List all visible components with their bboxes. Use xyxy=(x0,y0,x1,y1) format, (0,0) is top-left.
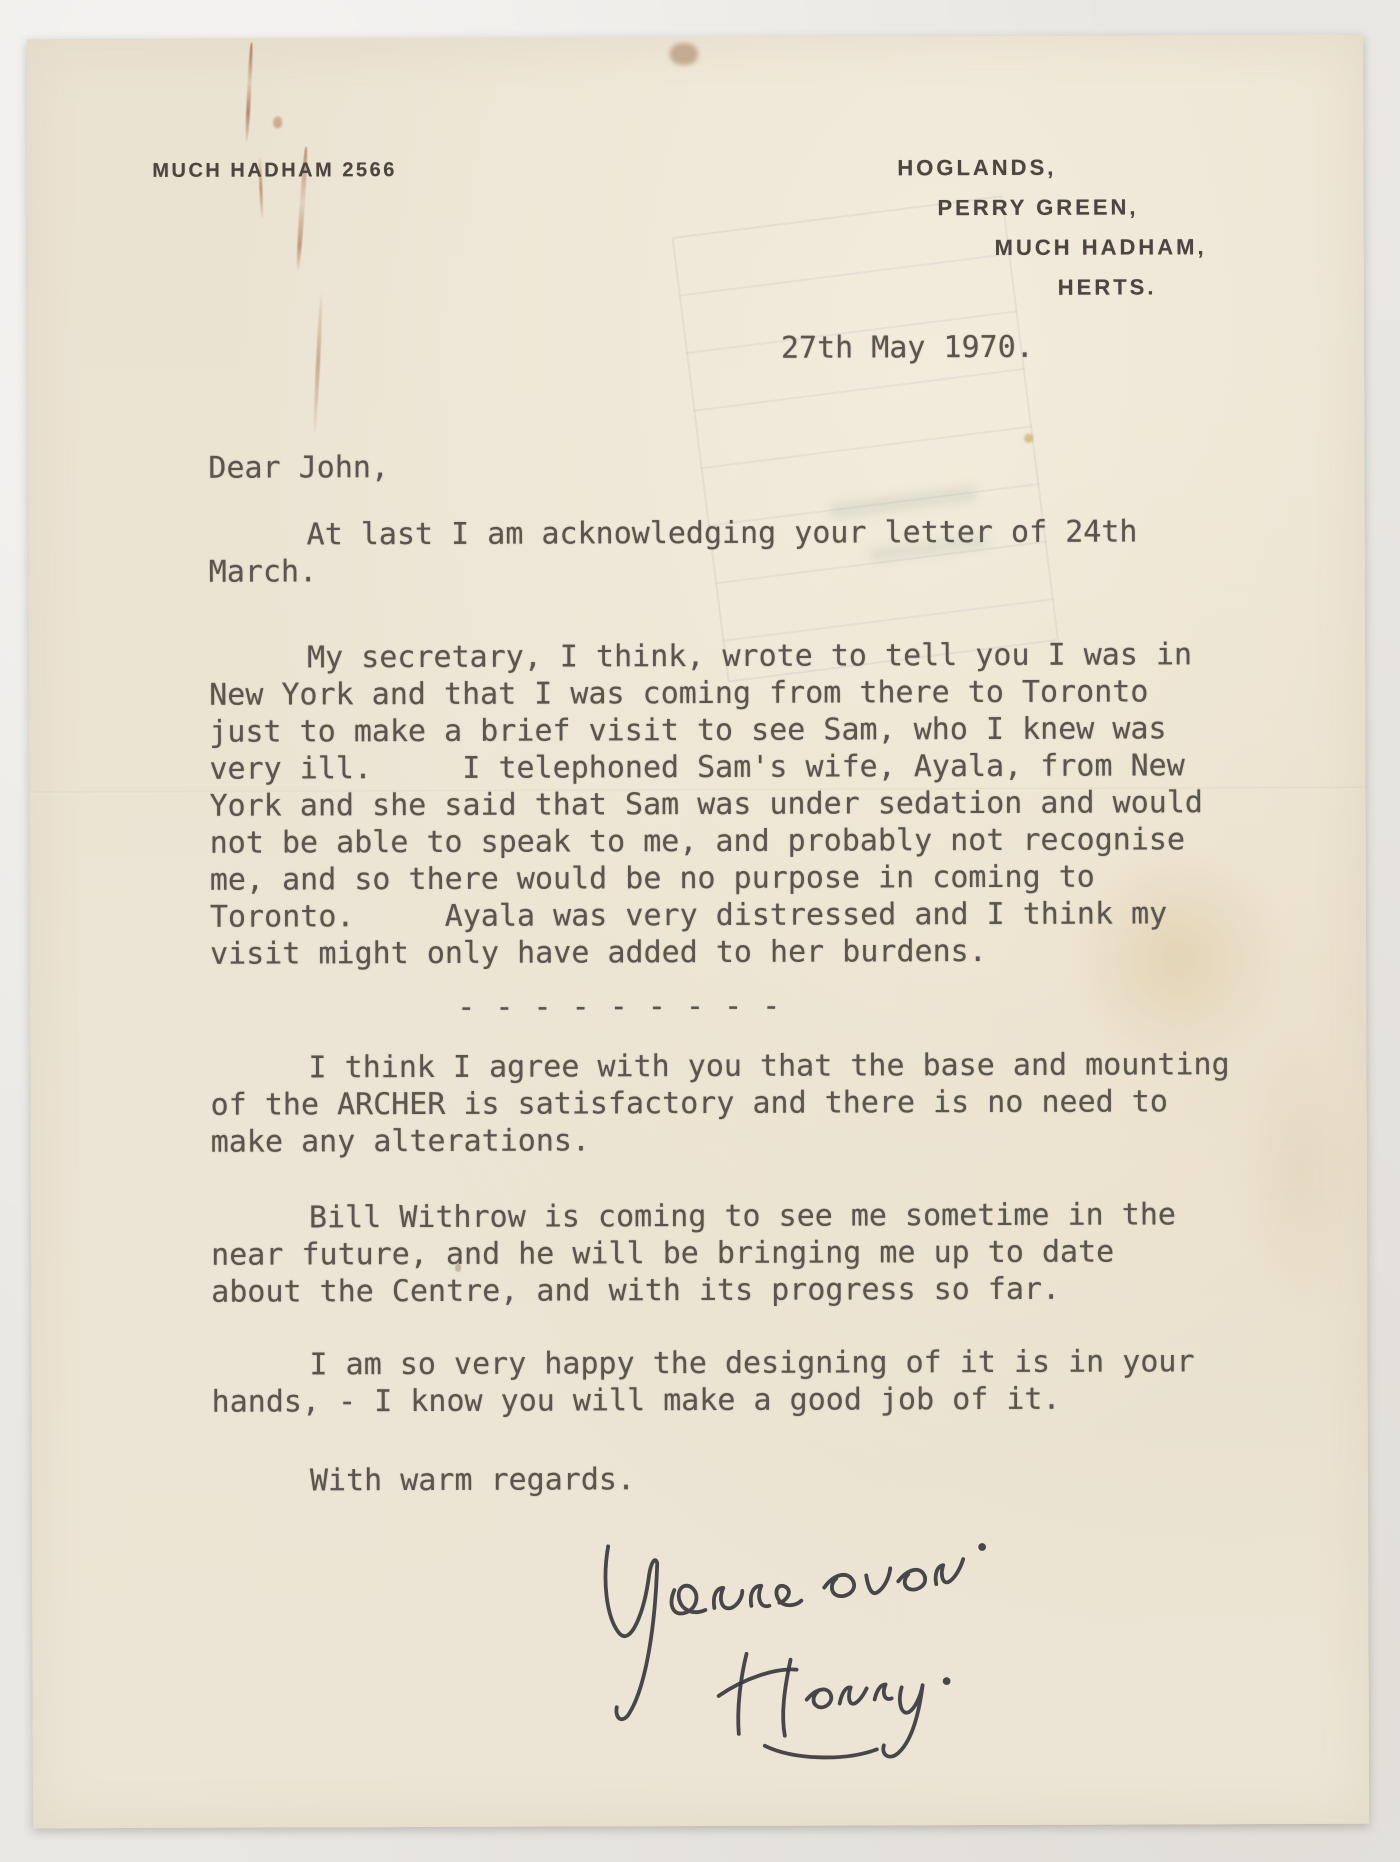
date-line: 27th May 1970. xyxy=(781,329,1034,367)
handwritten-signature: Yours ever. Henry xyxy=(522,1517,1083,1862)
closing-line: With warm regards. xyxy=(212,1461,635,1499)
scanned-letter-page: { "document": { "kind": "typewritten-let… xyxy=(0,0,1400,1862)
signature-drawing xyxy=(522,1517,1083,1862)
discoloration-patch xyxy=(1235,1015,1366,1325)
letter-paper: MUCH HADHAM 2566 HOGLANDS, PERRY GREEN, … xyxy=(27,35,1369,1829)
paragraph: I am so very happy the designing of it i… xyxy=(211,1343,1194,1420)
salutation: Dear John, xyxy=(208,449,389,487)
paragraph: I think I agree with you that the base a… xyxy=(210,1046,1230,1161)
paragraph: My secretary, I think, wrote to tell you… xyxy=(209,636,1204,972)
rust-stain xyxy=(273,116,282,128)
letterhead-address: HOGLANDS, PERRY GREEN, MUCH HADHAM, HERT… xyxy=(897,147,1207,308)
address-line: MUCH HADHAM, xyxy=(995,227,1207,268)
address-line: HERTS. xyxy=(1058,267,1207,308)
paragraph: Bill Withrow is coming to see me sometim… xyxy=(211,1196,1176,1310)
stain-dot xyxy=(1024,434,1033,443)
smudge-stain xyxy=(670,43,698,65)
rust-stain xyxy=(313,293,324,433)
address-line: PERRY GREEN, xyxy=(937,187,1206,228)
rust-stain xyxy=(245,43,254,143)
address-line: HOGLANDS, xyxy=(897,147,1206,188)
paragraph: At last I am acknowledging your letter o… xyxy=(209,513,1138,590)
letterhead-phone: MUCH HADHAM 2566 xyxy=(152,159,397,183)
ink-dot xyxy=(980,1545,984,1549)
dash-divider: - - - - - - - - - xyxy=(457,988,781,1026)
ink-dot xyxy=(945,1679,949,1683)
signature-underline xyxy=(765,1745,877,1757)
